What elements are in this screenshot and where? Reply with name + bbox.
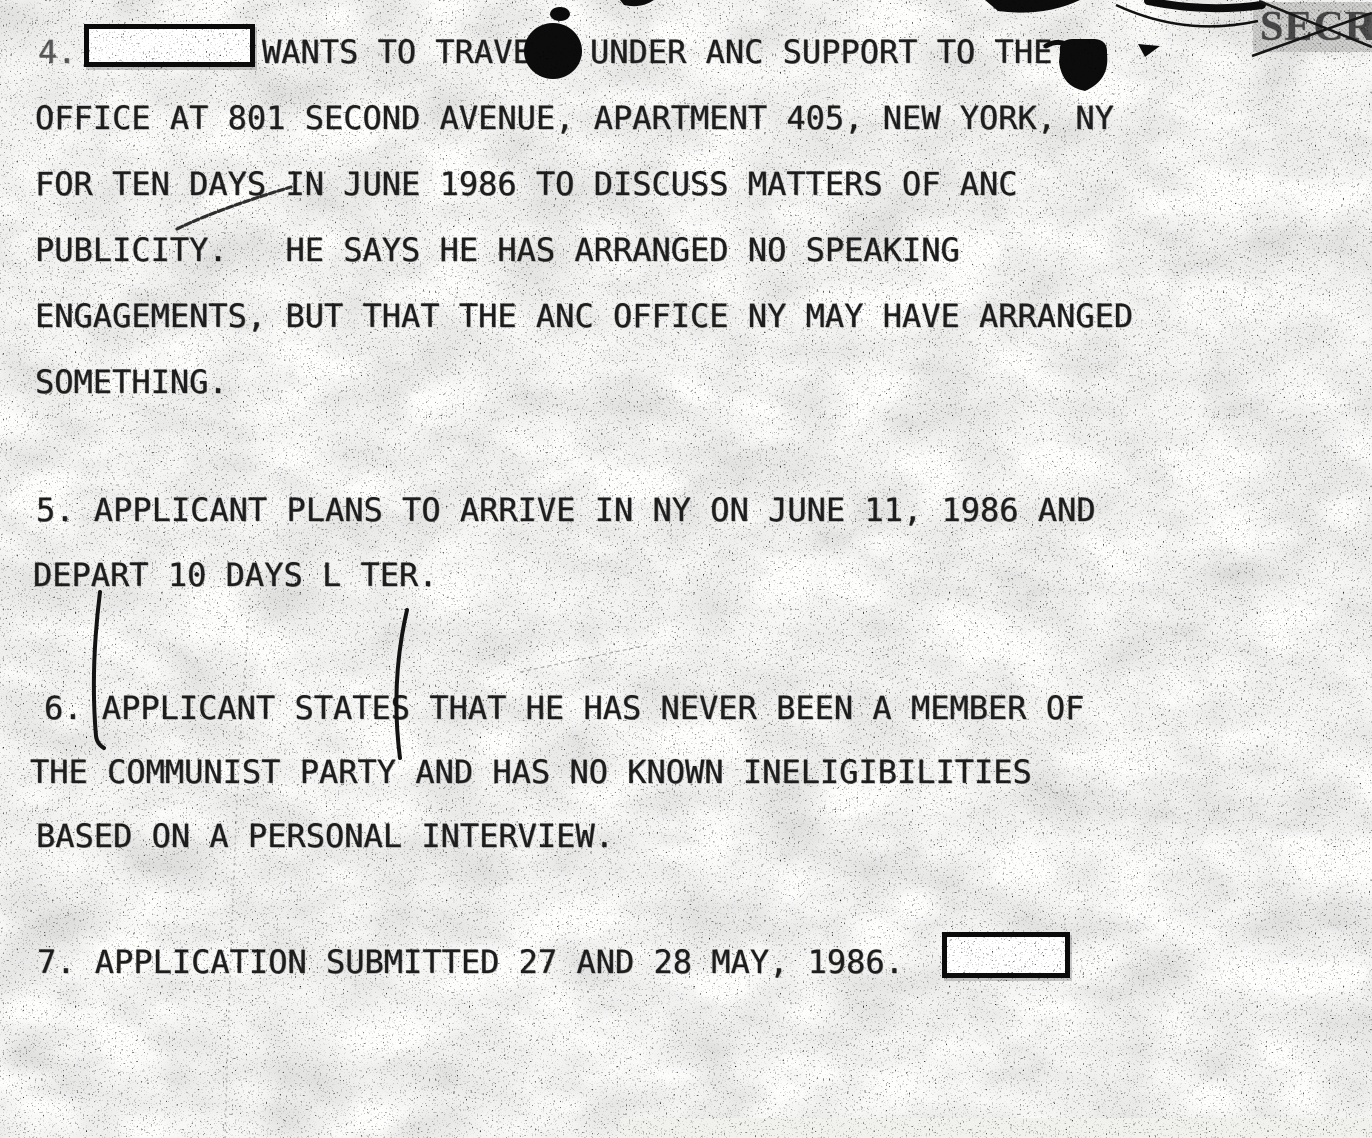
typed-line-p4-l3: FOR TEN DAYS IN JUNE 1986 TO DISCUSS MAT…: [35, 168, 1018, 200]
faint-scratch-mark: [520, 645, 648, 672]
vertical-pen-stroke-right: [396, 610, 407, 758]
typed-line-p6-l3: BASED ON A PERSONAL INTERVIEW.: [36, 820, 614, 852]
scanned-document-page: SECR 4. WANTS TO TRAVE UNDER ANC SUPPORT…: [0, 0, 1372, 1138]
small-wedge-mark: [1138, 44, 1160, 57]
vertical-fold-crease: [225, 598, 250, 1138]
redaction-box-subject-name: [84, 24, 255, 67]
typed-line-p5-l2: DEPART 10 DAYS L TER.: [33, 559, 438, 591]
scan-edge-shading: [620, 1118, 1372, 1138]
typed-line-p4-l1a: WANTS TO TRAVE: [262, 36, 532, 68]
typed-line-p4-l5: ENGAGEMENTS, BUT THAT THE ANC OFFICE NY …: [35, 300, 1133, 332]
typed-line-p7-l1: 7. APPLICATION SUBMITTED 27 AND 28 MAY, …: [37, 946, 904, 978]
small-ink-dot: [550, 7, 570, 21]
marker-swoosh-bar: [1148, 1, 1262, 8]
marker-swoosh-wedge: [985, 0, 1080, 13]
redaction-box-reference-number: [942, 932, 1070, 978]
top-edge-ink-mark: [620, 0, 654, 6]
stamp-clipped-letter: [1366, 13, 1372, 40]
ink-blob-after-the: [1059, 39, 1107, 91]
ink-blob-over-travel: [524, 23, 582, 79]
typed-line-p4-l4: PUBLICITY. HE SAYS HE HAS ARRANGED NO SP…: [35, 234, 960, 266]
typed-line-p4-l2: OFFICE AT 801 SECOND AVENUE, APARTMENT 4…: [35, 102, 1114, 134]
stamp-text: SECR: [1260, 6, 1372, 48]
secret-classification-stamp: SECR: [1253, 2, 1372, 52]
typed-line-p4-l6: SOMETHING.: [35, 366, 228, 398]
paragraph-4-number: 4.: [38, 36, 77, 68]
typed-line-p6-l1: 6. APPLICANT STATES THAT HE HAS NEVER BE…: [44, 692, 1084, 724]
typed-line-p5-l1: 5. APPLICANT PLANS TO ARRIVE IN NY ON JU…: [36, 494, 1096, 526]
marker-swoosh-curve: [1116, 5, 1258, 26]
typed-line-p6-l2: THE COMMUNIST PARTY AND HAS NO KNOWN INE…: [30, 756, 1032, 788]
typed-line-p4-l1b: UNDER ANC SUPPORT TO THE: [590, 36, 1052, 68]
